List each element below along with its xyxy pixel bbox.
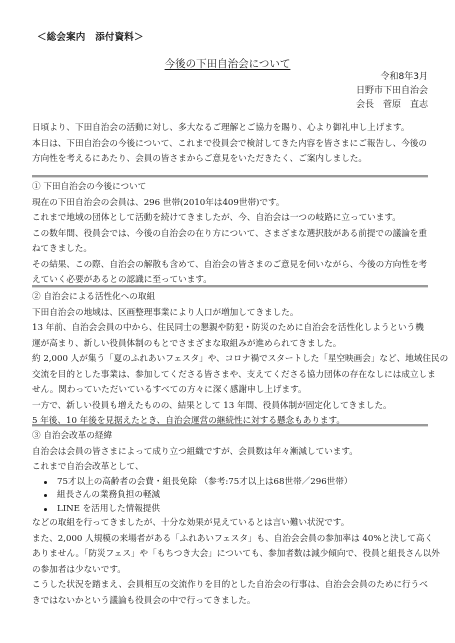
document-author: 会長 菅原 直志 xyxy=(356,97,428,110)
section-line: また、2,000 人規模の来場者がある「ふれあいフェスタ」も、自治会会員の参加率… xyxy=(32,532,432,548)
section-3: ③ 自治会改革の経緯 自治会は会員の皆さまによって成り立つ組織ですが、会員数は年… xyxy=(32,429,432,609)
section-divider xyxy=(32,175,428,178)
document-date: 令和8年3月 xyxy=(381,69,428,82)
section-line: ありません。「防災フェス」や「もちつき大会」についても、参加者数は減少傾向で、役… xyxy=(32,547,432,563)
section-line: 自治会は会員の皆さまによって成り立つ組織ですが、会員数は年々漸減しています。 xyxy=(32,445,432,461)
bullet-dot-icon xyxy=(44,508,47,511)
bullet-text: 組長さんの業務負担の軽減 xyxy=(57,490,160,500)
section-line: その結果、この際、自治会の解散も含めて、自治会の皆さまのご意見を伺いながら、今後… xyxy=(32,258,432,274)
section-2: ② 自治会による活性化への取組 下田自治会の地域は、区画整理事業により人口が増加… xyxy=(32,290,432,430)
section-line: こうした状況を踏まえ、会員相互の交流作りを目的とした自治会の行事は、自治会会員の… xyxy=(32,578,432,594)
document-page: ＜総会案内 添付資料＞ 今後の下田自治会について 令和8年3月 日野市下田自治会… xyxy=(0,0,455,643)
document-organization: 日野市下田自治会 xyxy=(356,83,428,96)
bullet-dot-icon xyxy=(44,494,47,497)
section-line: 約 2,000 人が集う「夏のふれあいフェスタ」や、コロナ禍でスタートした「星空… xyxy=(32,352,432,368)
document-header-label: ＜総会案内 添付資料＞ xyxy=(37,29,144,43)
section-line: ねてきました。 xyxy=(32,242,432,258)
bullet-item: LINE を活用した情報提供 xyxy=(32,503,432,517)
intro-paragraph: 日頃より、下田自治会の活動に対し、多大なるご理解とご協力を賜り、心より御礼申し上… xyxy=(32,121,432,168)
bullet-item: 組長さんの業務負担の軽減 xyxy=(32,489,432,503)
section-1: ① 下田自治会の今後について 現在の下田自治会の会員は、296 世帯(2010年… xyxy=(32,180,432,289)
intro-line: 日頃より、下田自治会の活動に対し、多大なるご理解とご協力を賜り、心より御礼申し上… xyxy=(32,121,432,137)
section-line: これまで自治会改革として、 xyxy=(32,460,432,476)
section-line: 13 年前、自治会会員の中から、住民同士の懇親や防犯・防災のために自治会を活性化… xyxy=(32,321,432,337)
section-heading: ③ 自治会改革の経緯 xyxy=(32,429,432,445)
section-line: 下田自治会の地域は、区画整理事業により人口が増加してきました。 xyxy=(32,306,432,322)
section-line: 交流を目的とした事業は、参加してくださる皆さまや、支えてくださる協力団体の存在な… xyxy=(32,368,432,384)
section-divider xyxy=(32,424,428,427)
section-line: 運が高まり、新しい役員体制のもとでさまざまな取組みが進められてきました。 xyxy=(32,337,432,353)
section-line: きではないかという議論も役員会の中で行ってきました。 xyxy=(32,594,432,610)
section-line: せん。関わっていただいているすべての方々に深く感謝申し上げます。 xyxy=(32,383,432,399)
section-line: 現在の下田自治会の会員は、296 世帯(2010年は409世帯)です。 xyxy=(32,196,432,212)
section-divider xyxy=(32,285,428,288)
section-line: 一方で、新しい役員も増えたものの、結果として 13 年間、役員体制が固定化してき… xyxy=(32,399,432,415)
bullet-text: 75才以上の高齢者の会費・組長免除 （参考:75才以上は68世帯／296世帯） xyxy=(57,477,352,487)
document-title-text: 今後の下田自治会について xyxy=(165,58,291,70)
section-line: これまで地域の団体として活動を続けてきましたが、今、自治会は一つの岐路に立ってい… xyxy=(32,211,432,227)
bullet-dot-icon xyxy=(44,481,47,484)
section-heading: ① 下田自治会の今後について xyxy=(32,180,432,196)
reform-bullet-list: 75才以上の高齢者の会費・組長免除 （参考:75才以上は68世帯／296世帯） … xyxy=(32,476,432,517)
bullet-item: 75才以上の高齢者の会費・組長免除 （参考:75才以上は68世帯／296世帯） xyxy=(32,476,432,490)
section-line: 5 年後、10 年後を見据えたとき、自治会運営の継続性に対する懸念もあります。 xyxy=(32,414,432,430)
section-line: などの取組を行ってきましたが、十分な効果が見えているとは言い難い状況です。 xyxy=(32,516,432,532)
intro-line: 本日は、下田自治会の今後について、これまで役員会で検討してきた内容を皆さまにご報… xyxy=(32,137,432,153)
section-heading: ② 自治会による活性化への取組 xyxy=(32,290,432,306)
bullet-text: LINE を活用した情報提供 xyxy=(57,504,160,514)
section-line: の参加者は少ないです。 xyxy=(32,563,432,579)
intro-line: 方向性を考えるにあたり、会員の皆さまからご意見をいただきたく、ご案内しました。 xyxy=(32,152,432,168)
section-line: この数年間、役員会では、今後の自治会の在り方について、さまざまな選択肢がある前提… xyxy=(32,227,432,243)
